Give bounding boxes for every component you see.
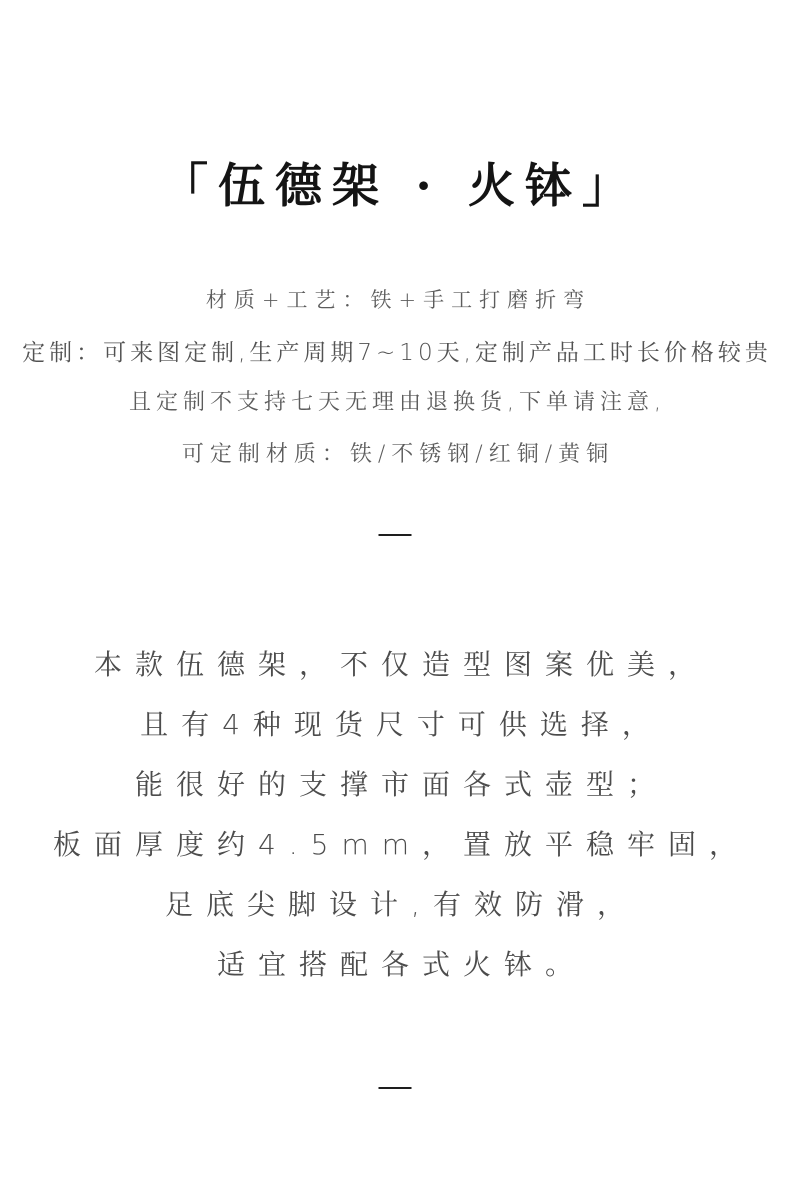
spec-line-customization: 定制：可来图定制,生产周期7~10天,定制产品工时长价格较贵 [0,338,790,368]
product-title: 「伍德架 · 火钵」 [0,157,790,217]
spec-line-material-options: 可定制材质：铁/不锈钢/红铜/黄铜 [0,440,790,470]
spec-line-material-process: 材质+工艺：铁+手工打磨折弯 [0,285,790,315]
description-line: 本款伍德架，不仅造型图案优美， [0,635,790,695]
description-block: 本款伍德架，不仅造型图案优美， 且有4种现货尺寸可供选择， 能很好的支撑市面各式… [0,635,790,995]
description-line: 适宜搭配各式火钵。 [0,935,790,995]
description-line: 且有4种现货尺寸可供选择， [0,695,790,755]
description-line: 板面厚度约4.5mm，置放平稳牢固， [0,815,790,875]
description-line: 能很好的支撑市面各式壶型； [0,755,790,815]
spec-line-return-policy: 且定制不支持七天无理由退换货,下单请注意, [0,388,790,418]
section-divider-bottom [379,1087,412,1089]
product-detail-page: 「伍德架 · 火钵」 材质+工艺：铁+手工打磨折弯 定制：可来图定制,生产周期7… [0,0,790,1185]
description-line: 足底尖脚设计,有效防滑， [0,875,790,935]
section-divider-top [379,534,412,536]
